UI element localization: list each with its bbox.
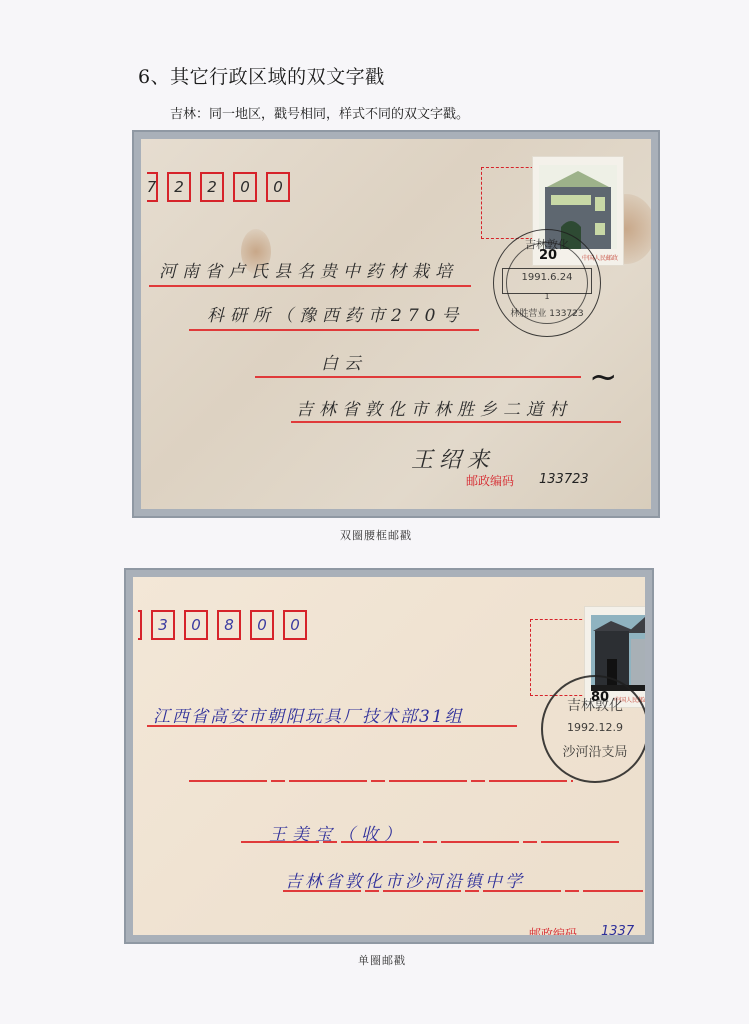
postmark-top-text: 吉林敦化 bbox=[494, 236, 600, 252]
cover-2-postmark: 吉林敦化 1992.12.9 沙河沿支局 bbox=[541, 675, 645, 783]
page-heading: 6、其它行政区域的双文字戳 bbox=[138, 62, 385, 89]
address-rule bbox=[241, 841, 623, 843]
zip-box: 2 bbox=[167, 172, 191, 202]
address-line-1: 河南省卢氏县名贵中药材栽培 bbox=[159, 257, 458, 282]
cover-1-caption: 双圈腰框邮戳 bbox=[340, 527, 412, 543]
address-rule bbox=[189, 329, 479, 331]
address-line-4: 吉林省敦化市林胜乡二道村 bbox=[296, 395, 572, 420]
zip-box: 2 bbox=[200, 172, 224, 202]
postmark-bottom-text: 沙河沿支局 bbox=[543, 741, 645, 760]
postmark-top-text: 吉林敦化 bbox=[543, 695, 645, 715]
address-line-3: 白云 bbox=[321, 349, 367, 374]
cover-1-zip-code: 7 2 2 0 0 bbox=[147, 172, 290, 202]
postmark-date: 1991.6.24 bbox=[494, 272, 600, 283]
zip-box: 7 bbox=[147, 172, 158, 202]
address-rule bbox=[147, 725, 517, 727]
zip-box-edge bbox=[138, 610, 142, 640]
sender-name: 王绍来 bbox=[411, 443, 495, 474]
cover-2-envelope: 3 0 8 0 0 80 中国人民邮政 吉 bbox=[133, 577, 645, 935]
address-rule bbox=[291, 421, 621, 423]
sender-zip: 1337 bbox=[601, 924, 634, 935]
postmark-slot: 1 bbox=[494, 292, 600, 301]
zip-box: 0 bbox=[233, 172, 257, 202]
postmark-date: 1992.12.9 bbox=[543, 721, 645, 734]
zip-box: 0 bbox=[250, 610, 274, 640]
zip-box: 0 bbox=[283, 610, 307, 640]
address-rule-blank bbox=[189, 780, 573, 782]
zip-box: 0 bbox=[184, 610, 208, 640]
zip-box: 0 bbox=[266, 172, 290, 202]
address-rule bbox=[149, 285, 471, 287]
sender-zip-label: 邮政编码 bbox=[529, 925, 577, 935]
cover-1-envelope: 7 2 2 0 0 20 中国人民邮政 bbox=[141, 139, 651, 509]
postmark-bottom-text: 林胜营业 133723 bbox=[494, 306, 600, 319]
address-line-4: 吉林省敦化市沙河沿镇中学 bbox=[285, 867, 525, 892]
sender-zip: 133723 bbox=[539, 472, 589, 487]
sender-zip-label: 邮政编码 bbox=[466, 472, 514, 489]
handwritten-mark: ~ bbox=[589, 357, 618, 397]
address-rule bbox=[255, 376, 581, 378]
address-line-1: 江西省高安市朝阳玩具厂技术部31组 bbox=[153, 702, 464, 727]
cover-2-mount: 3 0 8 0 0 80 中国人民邮政 吉 bbox=[124, 568, 654, 944]
cover-1-mount: 7 2 2 0 0 20 中国人民邮政 bbox=[132, 130, 660, 518]
cover-2-zip-code: 3 0 8 0 0 bbox=[138, 610, 307, 640]
address-line-2: 科研所（豫西药市270号 bbox=[207, 301, 464, 326]
cover-1-postmark: 吉林敦化 1991.6.24 1 林胜营业 133723 bbox=[493, 229, 601, 337]
cover-2-caption: 单圈邮戳 bbox=[358, 952, 406, 968]
address-rule bbox=[283, 890, 643, 892]
zip-box: 8 bbox=[217, 610, 241, 640]
page-subheading: 吉林：同一地区，戳号相同，样式不同的双文字戳。 bbox=[170, 103, 469, 122]
zip-box: 3 bbox=[151, 610, 175, 640]
